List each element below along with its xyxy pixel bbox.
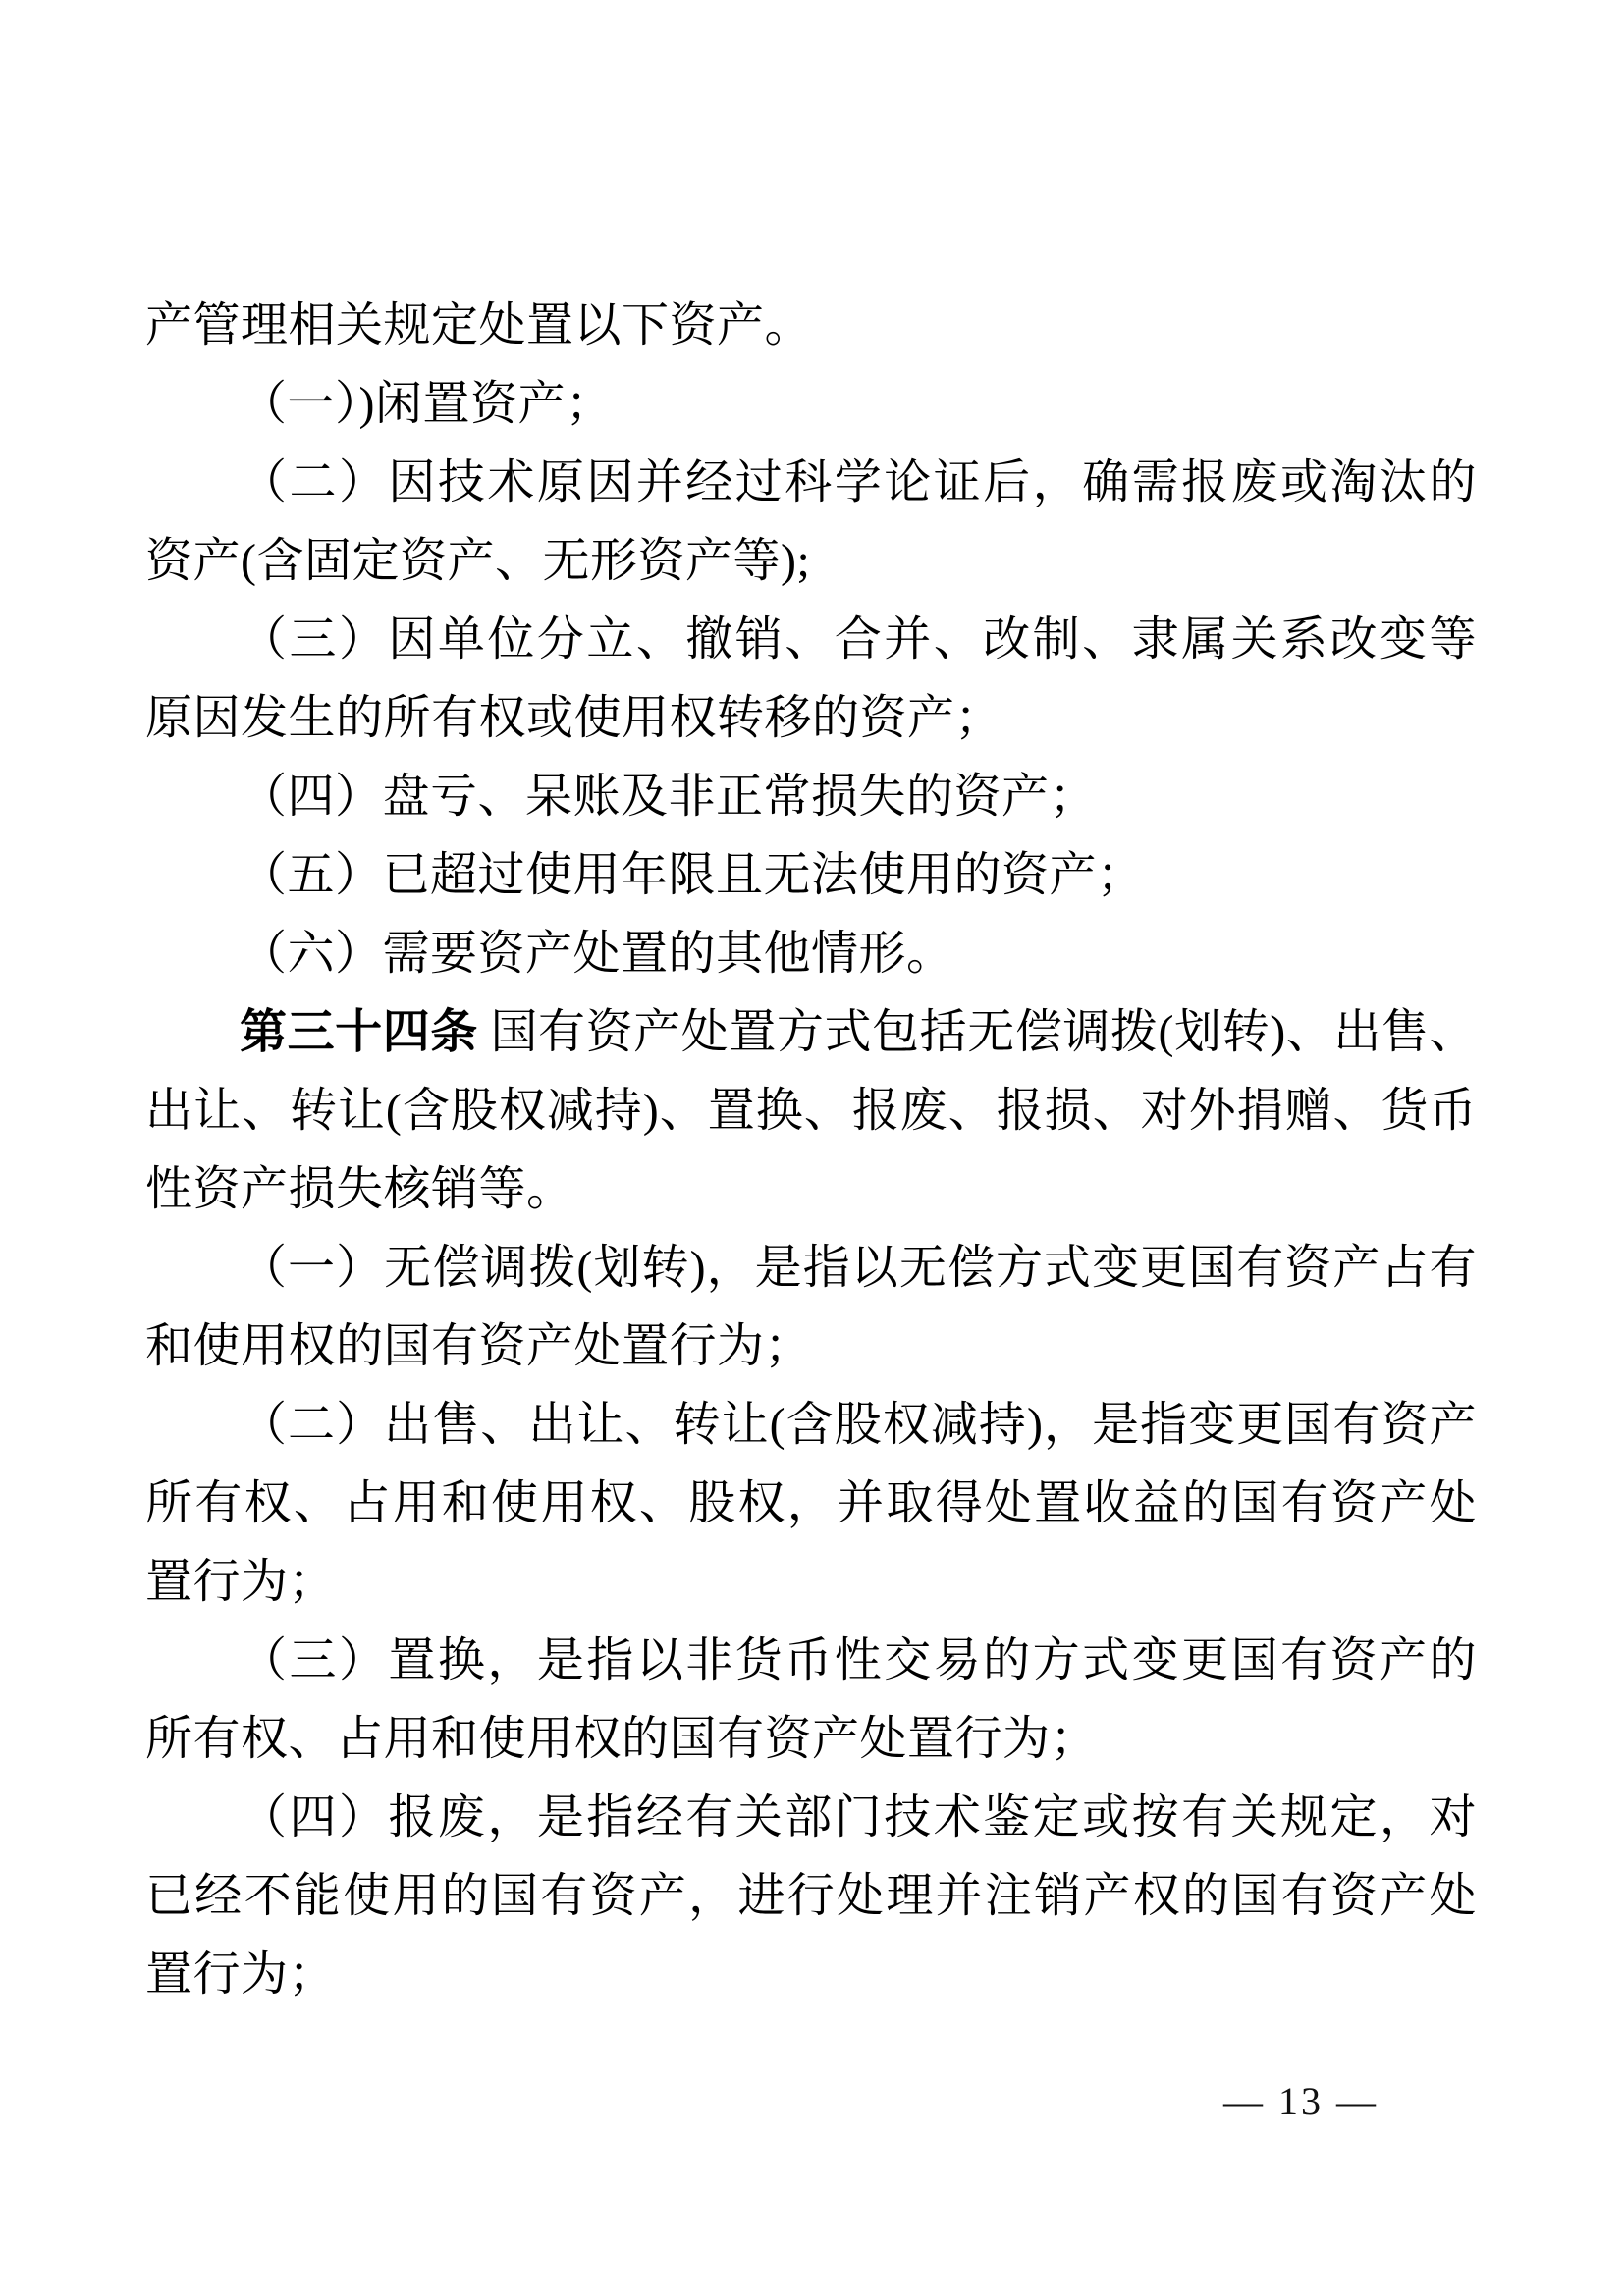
paragraph-text: （四）盘亏、呆账及非正常损失的资产；: [240, 771, 1097, 823]
body-paragraph: （四）盘亏、呆账及非正常损失的资产；: [145, 758, 1477, 836]
paragraph-text: 产管理相关规定处置以下资产。: [145, 299, 812, 351]
body-paragraph: （三）因单位分立、撤销、合并、改制、隶属关系改变等原因发生的所有权或使用权转移的…: [145, 601, 1477, 758]
body-paragraph: （六）需要资产处置的其他情形。: [145, 915, 1477, 993]
body-paragraph: （二）因技术原因并经过科学论证后，确需报废或淘汰的资产(含固定资产、无形资产等)…: [145, 444, 1477, 601]
paragraph-text: （五）已超过使用年限且无法使用的资产；: [240, 849, 1145, 901]
paragraph-text: （六）需要资产处置的其他情形。: [240, 928, 954, 980]
body-paragraph: 产管理相关规定处置以下资产。: [145, 287, 1477, 365]
paragraph-text: （二）出售、出让、转让(含股权减持)，是指变更国有资产所有权、占用和使用权、股权…: [145, 1399, 1477, 1608]
paragraph-text: （二）因技术原因并经过科学论证后，确需报废或淘汰的资产(含固定资产、无形资产等)…: [145, 456, 1477, 587]
paragraph-text: （四）报废，是指经有关部门技术鉴定或按有关规定，对已经不能使用的国有资产，进行处…: [145, 1791, 1477, 2001]
body-paragraph: （三）置换，是指以非货币性交易的方式变更国有资产的所有权、占用和使用权的国有资产…: [145, 1622, 1477, 1779]
body-paragraph: 第三十四条 国有资产处置方式包括无偿调拨(划转)、出售、出让、转让(含股权减持)…: [145, 993, 1477, 1229]
body-paragraph: （五）已超过使用年限且无法使用的资产；: [145, 836, 1477, 915]
body-paragraph: （一）无偿调拨(划转)，是指以无偿方式变更国有资产占有和使用权的国有资产处置行为…: [145, 1229, 1477, 1386]
article-number: 第三十四条: [240, 1006, 478, 1058]
body-paragraph: （一）)闲置资产；: [145, 365, 1477, 444]
paragraph-text: （三）置换，是指以非货币性交易的方式变更国有资产的所有权、占用和使用权的国有资产…: [145, 1634, 1477, 1765]
paragraph-text: （一）)闲置资产；: [240, 378, 614, 430]
body-paragraph: （四）报废，是指经有关部门技术鉴定或按有关规定，对已经不能使用的国有资产，进行处…: [145, 1779, 1477, 2014]
body-paragraph: （二）出售、出让、转让(含股权减持)，是指变更国有资产所有权、占用和使用权、股权…: [145, 1386, 1477, 1622]
paragraph-text: （三）因单位分立、撤销、合并、改制、隶属关系改变等原因发生的所有权或使用权转移的…: [145, 614, 1477, 744]
page-number: — 13 —: [1223, 2079, 1379, 2124]
document-page: 产管理相关规定处置以下资产。（一）)闲置资产；（二）因技术原因并经过科学论证后，…: [0, 0, 1624, 2296]
paragraph-text: （一）无偿调拨(划转)，是指以无偿方式变更国有资产占有和使用权的国有资产处置行为…: [145, 1242, 1477, 1372]
document-body: 产管理相关规定处置以下资产。（一）)闲置资产；（二）因技术原因并经过科学论证后，…: [145, 287, 1477, 2014]
